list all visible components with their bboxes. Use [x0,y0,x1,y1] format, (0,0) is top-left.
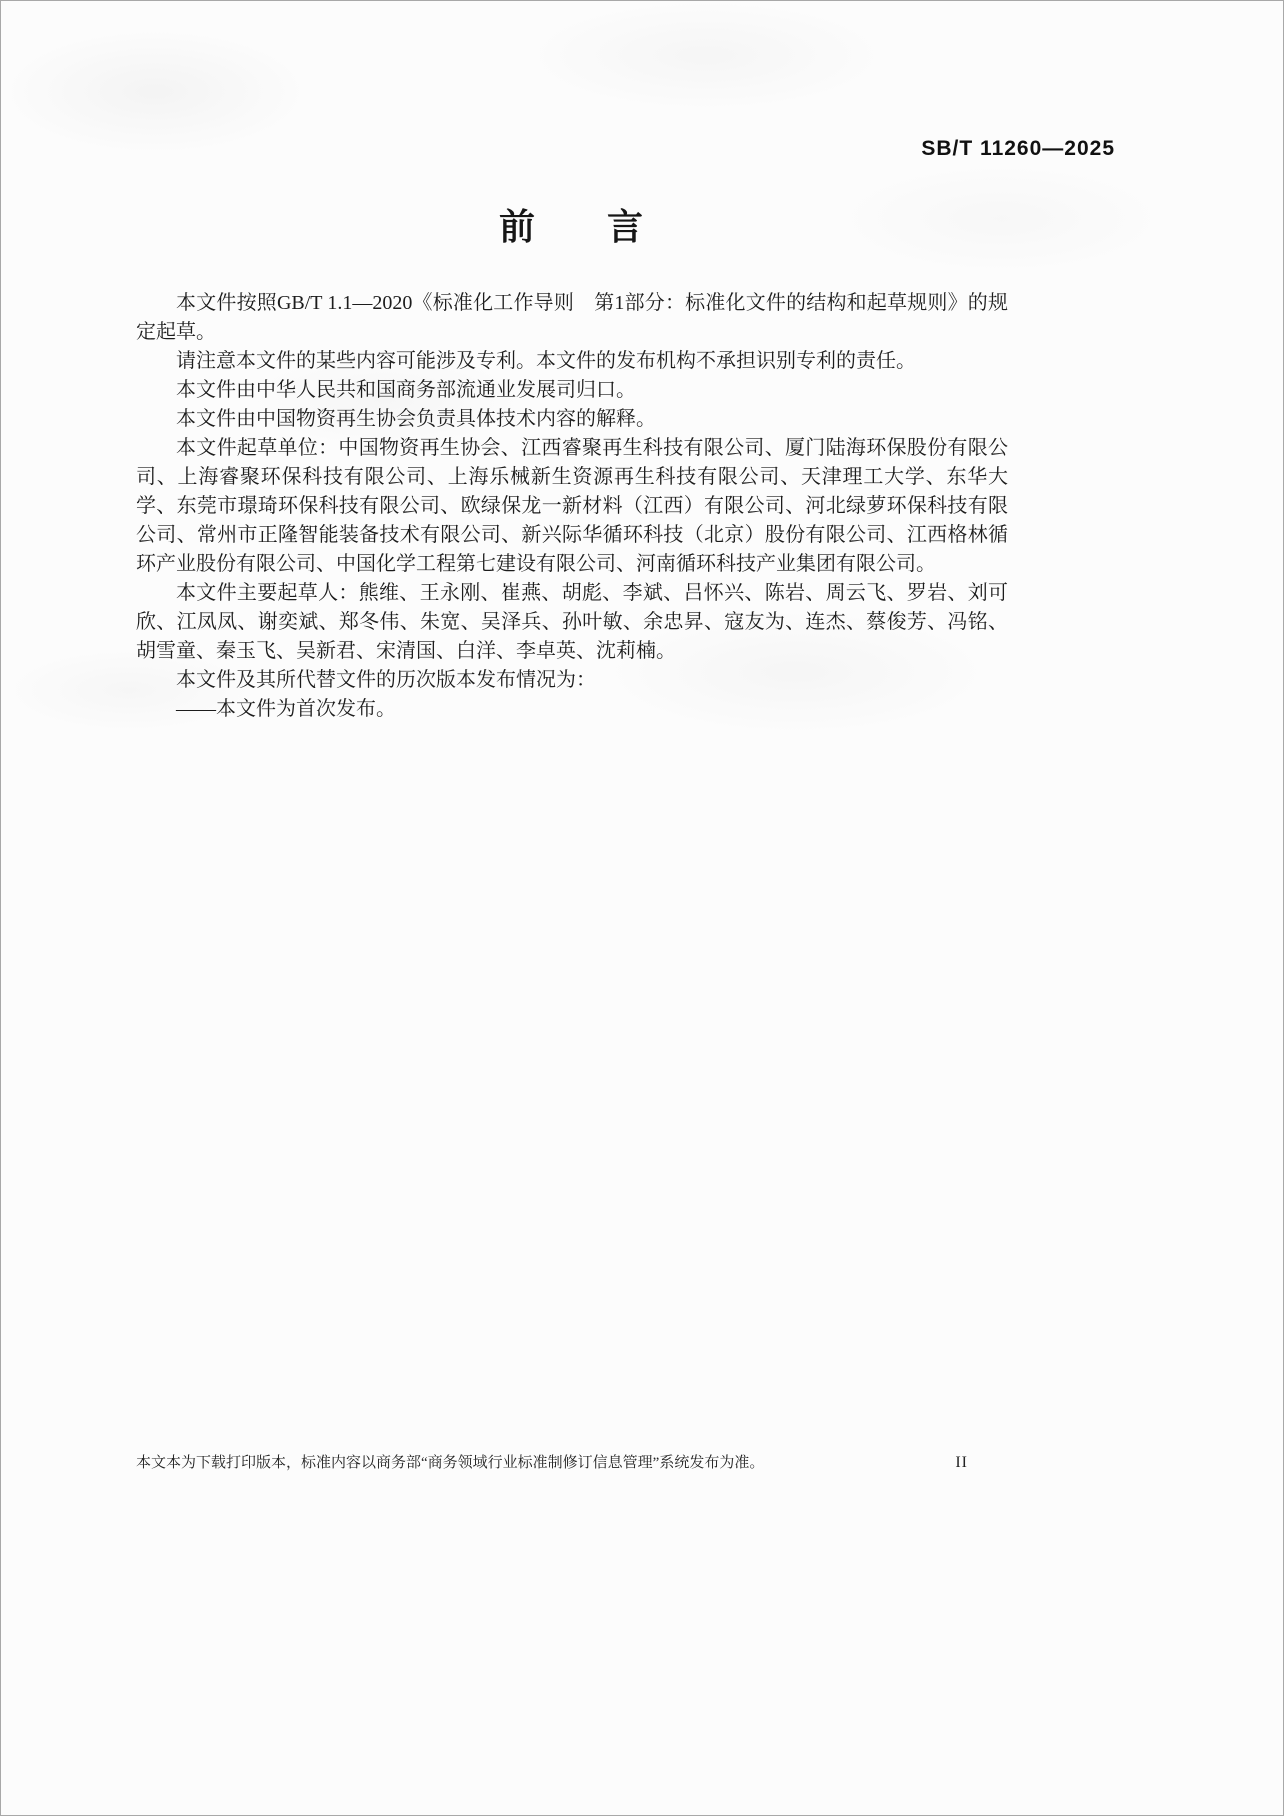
paragraph-drafting-organizations: 本文件起草单位：中国物资再生协会、江西睿聚再生科技有限公司、厦门陆海环保股份有限… [136,434,1008,579]
footer-note: 本文本为下载打印版本，标准内容以商务部“商务领域行业标准制修订信息管理”系统发布… [136,1451,764,1472]
paragraph-drafting-rules: 本文件按照GB/T 1.1—2020《标准化工作导则 第1部分：标准化文件的结构… [136,289,1008,347]
paragraph-centralized-by: 本文件由中华人民共和国商务部流通业发展司归口。 [136,376,1008,405]
standard-number: SB/T 11260—2025 [921,137,1115,161]
paragraph-version-history-intro: 本文件及其所代替文件的历次版本发布情况为： [136,666,1008,695]
paragraph-main-drafters: 本文件主要起草人：熊维、王永刚、崔燕、胡彪、李斌、吕怀兴、陈岩、周云飞、罗岩、刘… [136,579,1008,666]
paragraph-first-release: ——本文件为首次发布。 [136,695,1008,724]
page-footer: 本文本为下载打印版本，标准内容以商务部“商务领域行业标准制修订信息管理”系统发布… [136,1451,968,1472]
foreword-body: 本文件按照GB/T 1.1—2020《标准化工作导则 第1部分：标准化文件的结构… [136,289,1008,724]
document-page: SB/T 11260—2025 前 言 本文件按照GB/T 1.1—2020《标… [0,0,1284,1816]
page-number: II [955,1454,968,1472]
page-title: 前 言 [136,199,1006,250]
paragraph-interpretation-by: 本文件由中国物资再生协会负责具体技术内容的解释。 [136,405,1008,434]
paragraph-patent-notice: 请注意本文件的某些内容可能涉及专利。本文件的发布机构不承担识别专利的责任。 [136,347,1008,376]
